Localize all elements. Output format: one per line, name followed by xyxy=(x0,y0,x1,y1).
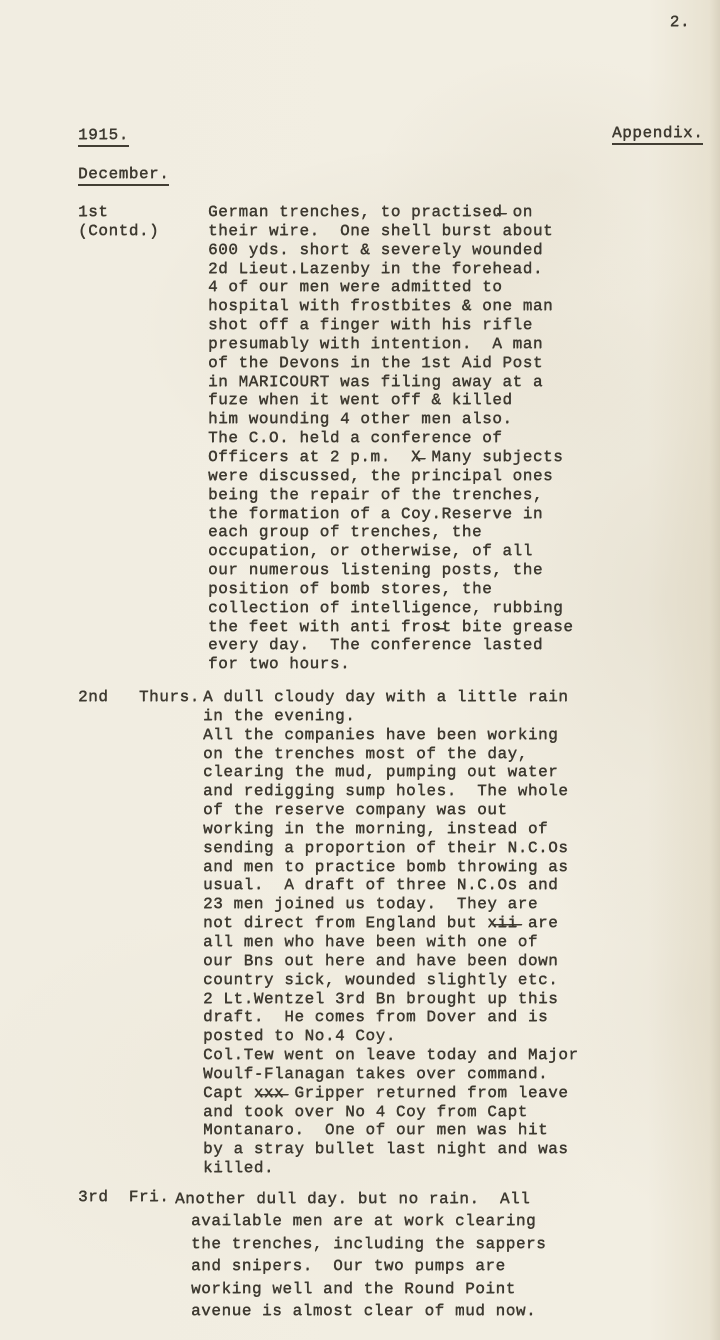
appendix-heading-wrap: Appendix. xyxy=(612,124,703,145)
month-heading: December. xyxy=(78,165,169,186)
appendix-heading: Appendix. xyxy=(612,124,703,145)
entry-date-2nd: 2nd Thurs. xyxy=(78,688,200,707)
year-heading-wrap: 1915. xyxy=(78,126,129,147)
entry-body-1st: German trenches, to practised̶ on their … xyxy=(208,203,573,674)
year-heading: 1915. xyxy=(78,126,129,147)
entry-date-1st: 1st (Contd.) xyxy=(78,203,159,241)
war-diary-page: 2. 1915. Appendix. December. 1st (Contd.… xyxy=(0,0,720,1340)
page-number: 2. xyxy=(670,13,690,31)
entry-date-3rd: 3rd Fri. xyxy=(78,1188,169,1207)
entry-body-3rd: Another dull day. but no rain. All avail… xyxy=(175,1188,546,1322)
month-heading-wrap: December. xyxy=(78,165,169,186)
entry-body-2nd: A dull cloudy day with a little rain in … xyxy=(203,688,579,1178)
